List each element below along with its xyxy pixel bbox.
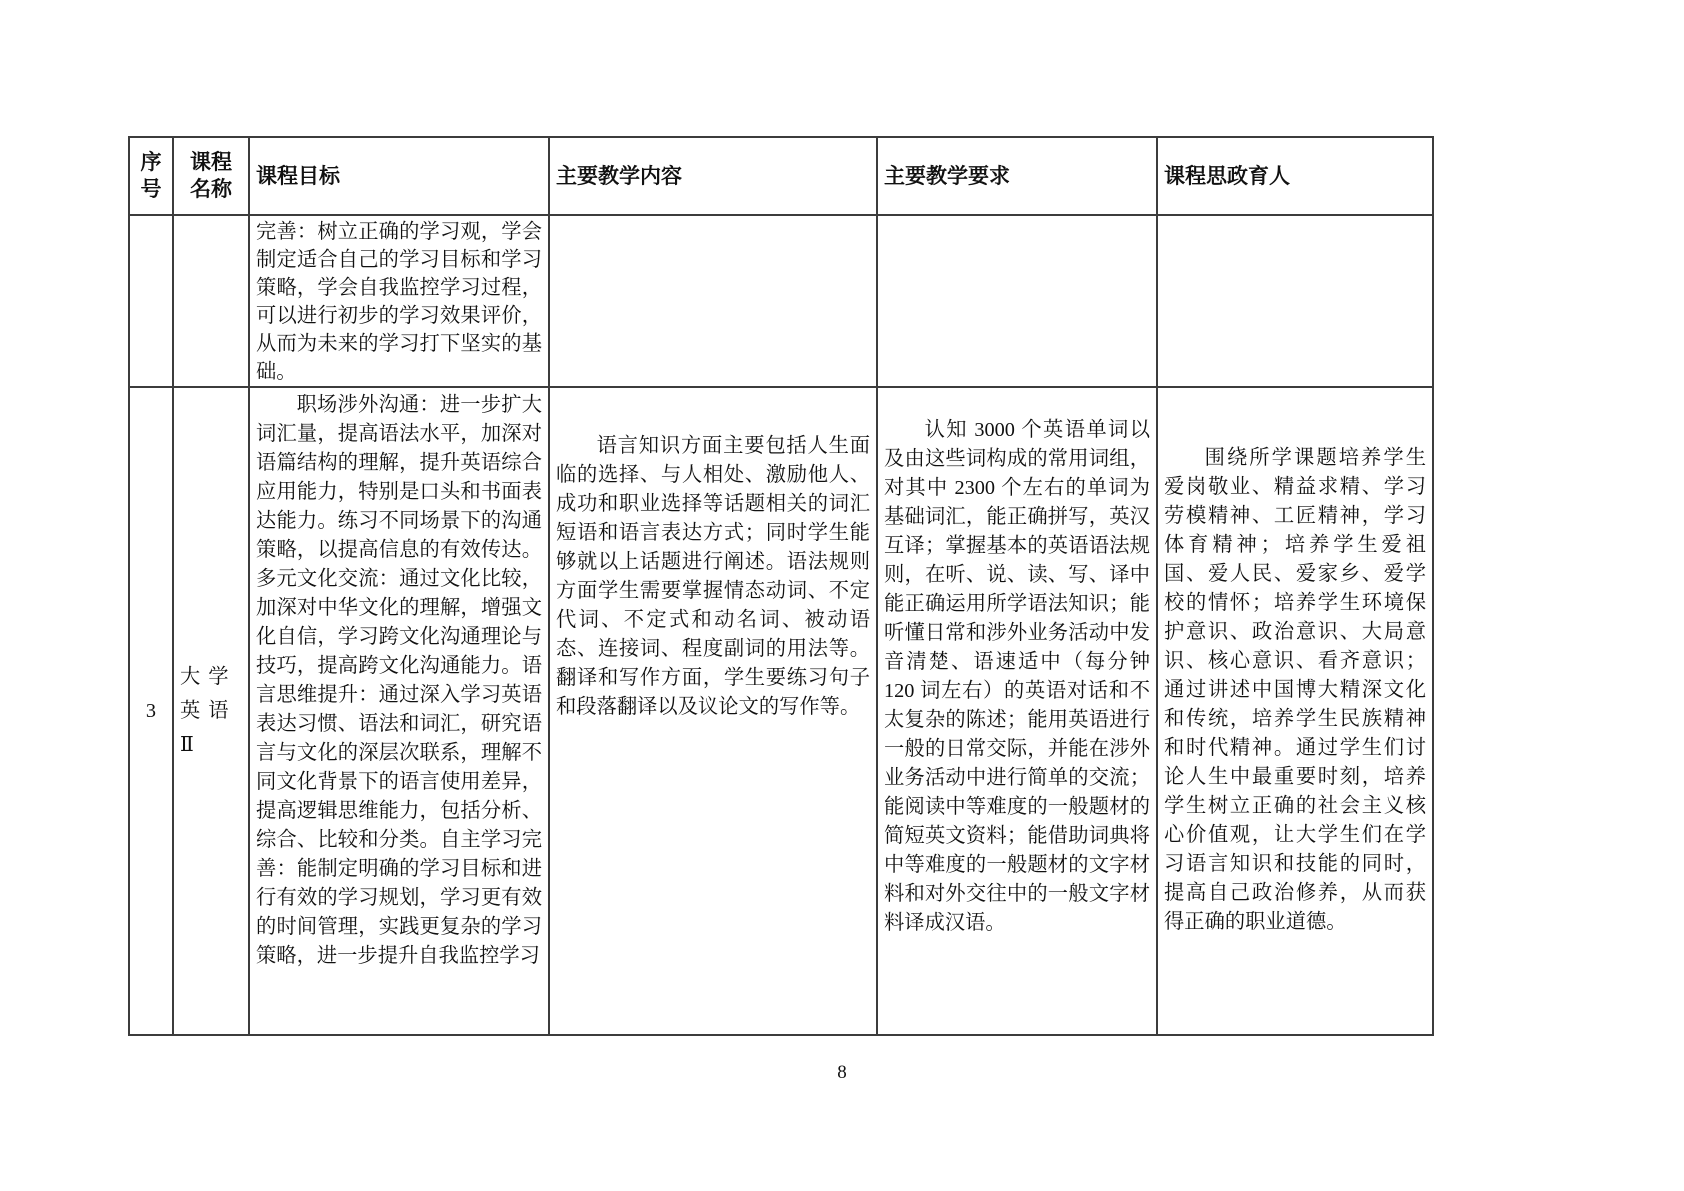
cell-teaching-content: 语言知识方面主要包括人生面临的选择、与人相处、激励他人、成功和职业选择等话题相关… bbox=[549, 387, 877, 1035]
cell-teaching-content-empty bbox=[549, 215, 877, 387]
page-number: 8 bbox=[0, 1062, 1684, 1084]
header-course-ideological-education: 课程思政育人 bbox=[1157, 137, 1433, 215]
cell-course-name-empty bbox=[173, 215, 249, 387]
header-main-teaching-requirements: 主要教学要求 bbox=[877, 137, 1157, 215]
course-outline-table: 序号 课程名称 课程目标 主要教学内容 主要教学要求 课程思政育人 完善：树立正… bbox=[128, 136, 1434, 1036]
document-page: 序号 课程名称 课程目标 主要教学内容 主要教学要求 课程思政育人 完善：树立正… bbox=[0, 0, 1684, 1191]
header-main-teaching-content: 主要教学内容 bbox=[549, 137, 877, 215]
cell-ideological-education: 围绕所学课题培养学生爱岗敬业、精益求精、学习劳模精神、工匠精神，学习体育精神；培… bbox=[1157, 387, 1433, 1035]
table-row-course-3: 3 大学英语Ⅱ 职场涉外沟通：进一步扩大词汇量，提高语法水平，加深对语篇结构的理… bbox=[129, 387, 1433, 1035]
cell-ideological-education-empty bbox=[1157, 215, 1433, 387]
header-sequence-number: 序号 bbox=[129, 137, 173, 215]
header-course-name: 课程名称 bbox=[173, 137, 249, 215]
header-course-objectives: 课程目标 bbox=[249, 137, 549, 215]
cell-sequence-number-empty bbox=[129, 215, 173, 387]
cell-course-objectives: 职场涉外沟通：进一步扩大词汇量，提高语法水平，加深对语篇结构的理解，提升英语综合… bbox=[249, 387, 549, 1035]
cell-teaching-requirements-empty bbox=[877, 215, 1157, 387]
course-name-text: 大学英语Ⅱ bbox=[180, 660, 242, 762]
cell-course-name: 大学英语Ⅱ bbox=[173, 387, 249, 1035]
cell-course-objectives-continuation: 完善：树立正确的学习观，学会制定适合自己的学习目标和学习策略，学会自我监控学习过… bbox=[249, 215, 549, 387]
cell-sequence-number: 3 bbox=[129, 387, 173, 1035]
table-row-continuation: 完善：树立正确的学习观，学会制定适合自己的学习目标和学习策略，学会自我监控学习过… bbox=[129, 215, 1433, 387]
table-header-row: 序号 课程名称 课程目标 主要教学内容 主要教学要求 课程思政育人 bbox=[129, 137, 1433, 215]
cell-teaching-requirements: 认知 3000 个英语单词以及由这些词构成的常用词组，对其中 2300 个左右的… bbox=[877, 387, 1157, 1035]
